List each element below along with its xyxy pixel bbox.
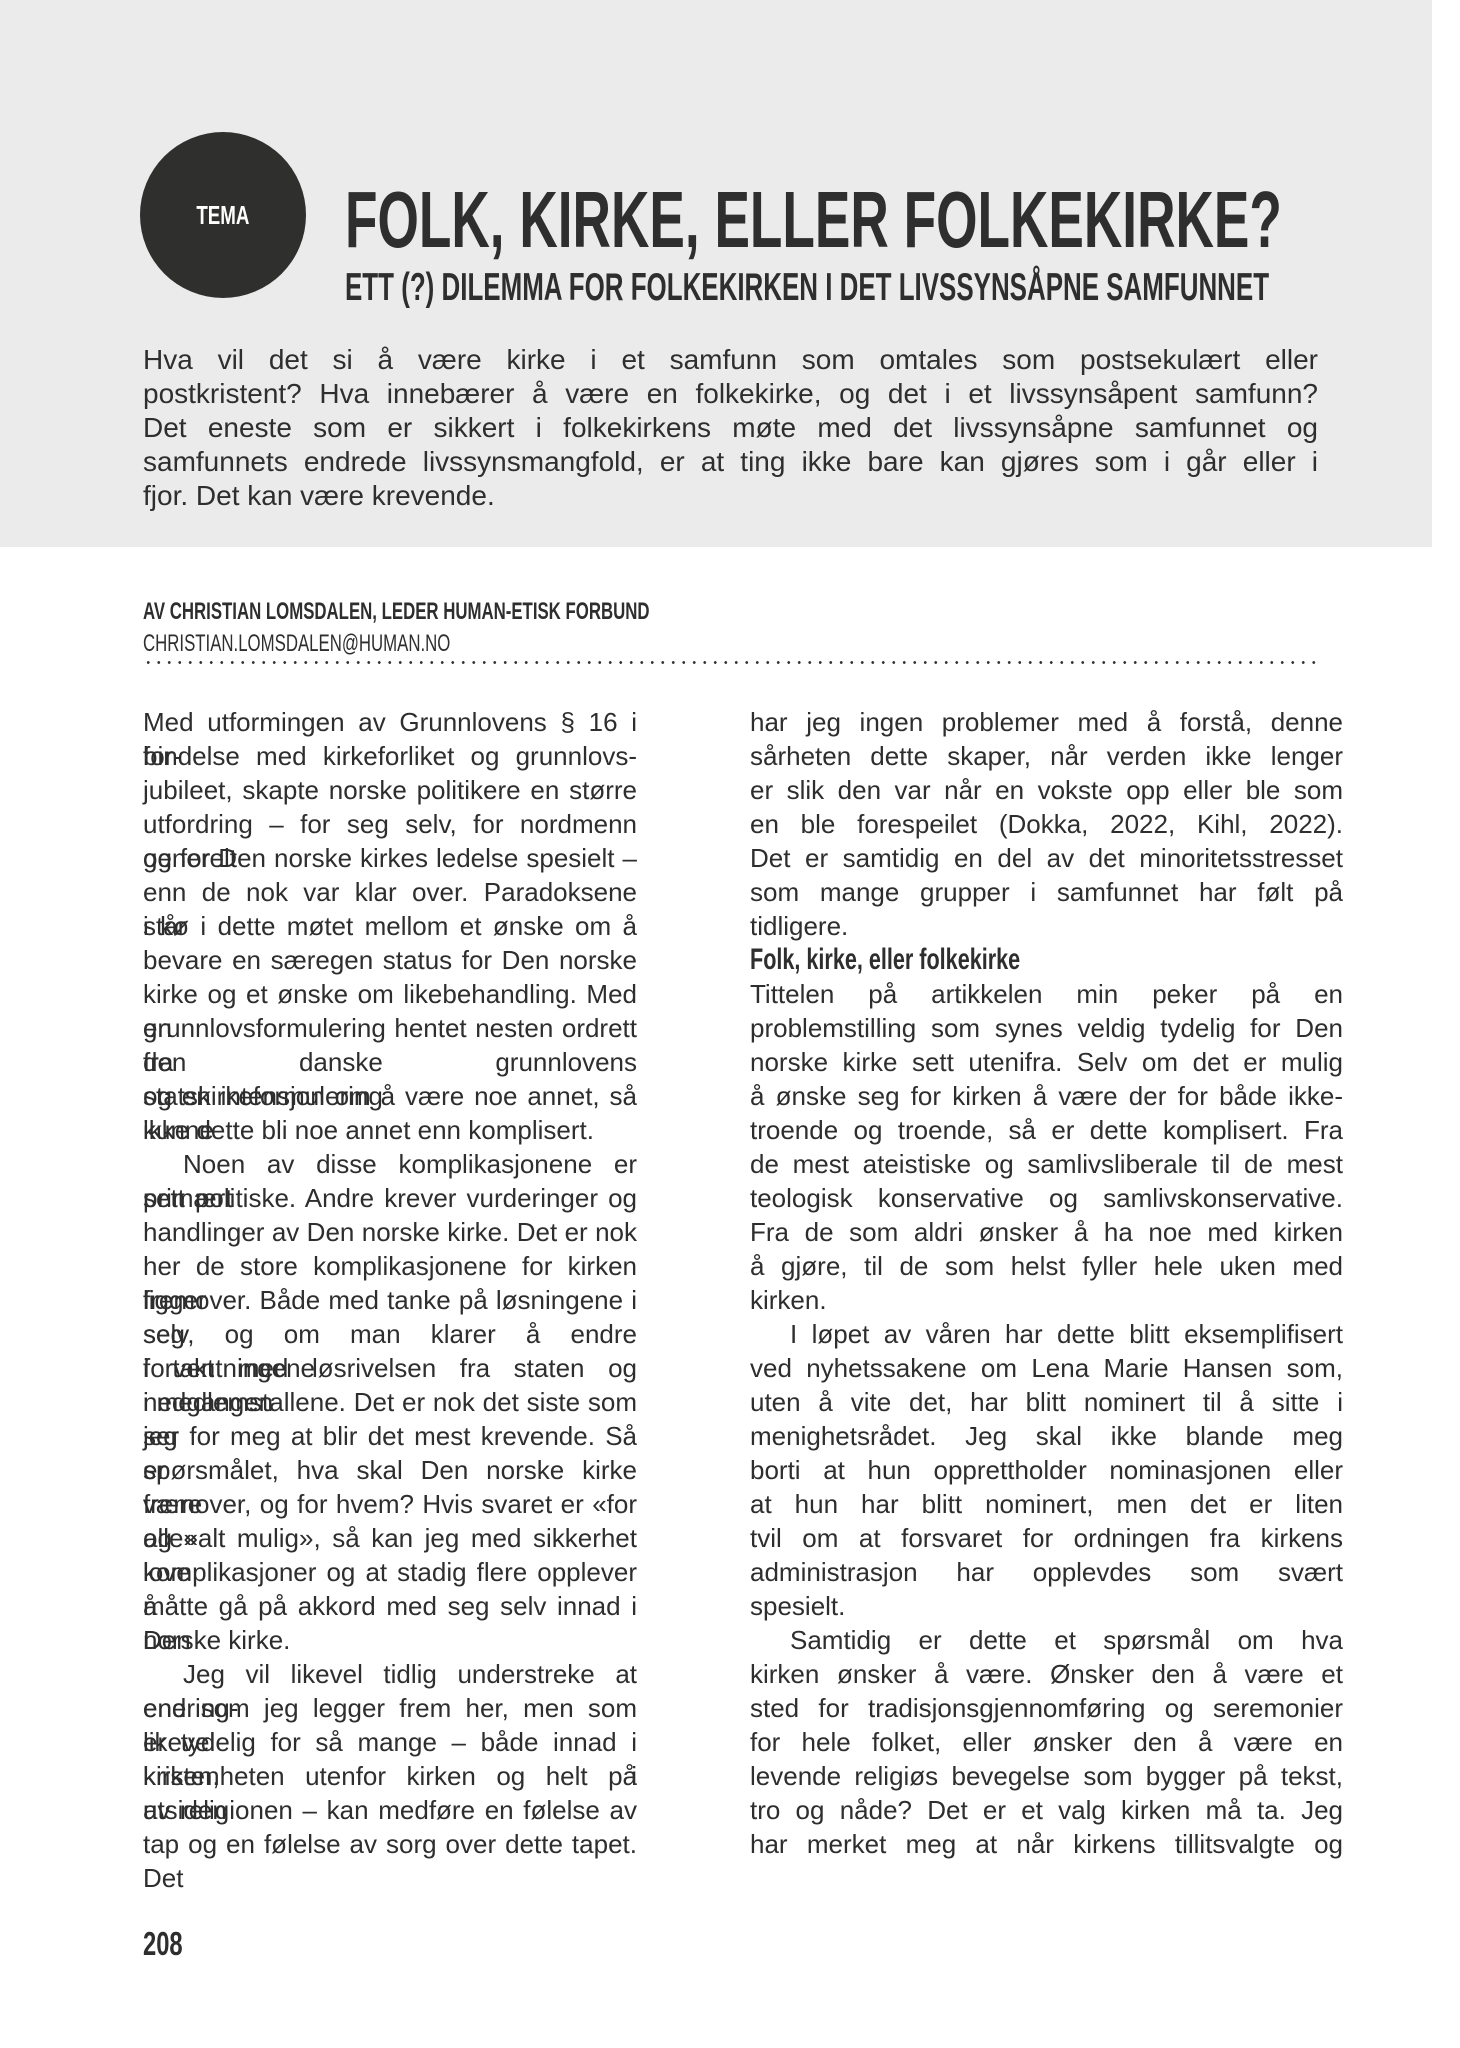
body-line: teologisk konservative og samlivskonserv… xyxy=(750,1181,1343,1215)
tema-badge: TEMA xyxy=(140,132,306,298)
body-line: sted for tradisjonsgjennomføring og sere… xyxy=(750,1691,1343,1725)
body-line: i takt med løsrivelsen fra staten og ned… xyxy=(143,1351,637,1385)
body-line: og en intensjon om å være noe annet, så … xyxy=(143,1079,637,1113)
tema-badge-label: TEMA xyxy=(196,200,249,231)
body-line: sett politiske. Andre krever vurderinger… xyxy=(143,1181,637,1215)
body-line: komplikasjoner og at stadig flere opplev… xyxy=(143,1555,637,1589)
body-line: spesielt. xyxy=(750,1589,1343,1623)
body-line: har jeg ingen problemer med å forstå, de… xyxy=(750,705,1343,739)
body-line: tro og nåde? Det er et valg kirken må ta… xyxy=(750,1793,1343,1827)
article-title: FOLK, KIRKE, ELLER FOLKEKIRKE? xyxy=(345,180,1282,260)
body-line: de mest ateistiske og samlivsliberale ti… xyxy=(750,1147,1343,1181)
body-line: bindelse med kirkeforliket og grunnlovs- xyxy=(143,739,637,773)
body-line: Jeg vil likevel tidlig understreke at en… xyxy=(143,1657,637,1691)
body-line: en ble forespeilet (Dokka, 2022, Kihl, 2… xyxy=(750,807,1343,841)
body-line: kristenheten utenfor kirken og helt på u… xyxy=(143,1759,637,1793)
page-number: 208 xyxy=(143,1927,183,1961)
body-line: problemstilling som synes veldig tydelig… xyxy=(750,1011,1343,1045)
author-byline: AV CHRISTIAN LOMSDALEN, LEDER HUMAN-ETIS… xyxy=(143,598,649,626)
body-line: utfordring – for seg selv, for nordmenn … xyxy=(143,807,637,841)
body-line: I løpet av våren har dette blitt eksempl… xyxy=(750,1317,1343,1351)
body-line: borti at hun opprettholder nominasjonen … xyxy=(750,1453,1343,1487)
intro-line: postkristent? Hva innebærer å være en fo… xyxy=(143,377,1318,411)
body-line: av religionen – kan medføre en følelse a… xyxy=(143,1793,637,1827)
body-line: ved nyhetssakene om Lena Marie Hansen so… xyxy=(750,1351,1343,1385)
right-column: har jeg ingen problemer med å forstå, de… xyxy=(750,705,1343,1861)
body-line: Fra de som aldri ønsker å ha noe med kir… xyxy=(750,1215,1343,1249)
body-line: kirken. xyxy=(750,1283,1343,1317)
body-line: å ønske seg for kirken å være der for bå… xyxy=(750,1079,1343,1113)
body-line: ene som jeg legger frem her, men som lik… xyxy=(143,1691,637,1725)
body-line: troende og troende, så er dette komplise… xyxy=(750,1113,1343,1147)
body-line: har merket meg at når kirkens tillitsval… xyxy=(750,1827,1343,1861)
body-line: og for Den norske kirkes ledelse spesiel… xyxy=(143,841,637,875)
body-line: ser for meg at blir det mest krevende. S… xyxy=(143,1419,637,1453)
body-line: handlinger av Den norske kirke. Det er n… xyxy=(143,1215,637,1249)
body-line: kirke og et ønske om likebehandling. Med… xyxy=(143,977,637,1011)
body-line: bevare en særegen status for Den norske xyxy=(143,943,637,977)
body-line: Det er samtidig en del av det minoritets… xyxy=(750,841,1343,875)
body-line: administrasjon har opplevdes som svært xyxy=(750,1555,1343,1589)
intro-line: samfunnets endrede livssynsmangfold, er … xyxy=(143,445,1318,479)
body-line: den danske grunnlovens statskirkeformule… xyxy=(143,1045,637,1079)
body-line: tap og en følelse av sorg over dette tap… xyxy=(143,1827,637,1861)
author-email[interactable]: CHRISTIAN.LOMSDALEN@HUMAN.NO xyxy=(143,630,450,658)
body-line: måtte gå på akkord med seg selv innad i … xyxy=(143,1589,637,1623)
body-line: Noen av disse komplikasjonene er primært xyxy=(143,1147,637,1181)
intro-line: Det eneste som er sikkert i folkekirkens… xyxy=(143,411,1318,445)
body-line: menighetsrådet. Jeg skal ikke blande meg xyxy=(750,1419,1343,1453)
body-line: levende religiøs bevegelse som bygger på… xyxy=(750,1759,1343,1793)
body-line: for hele folket, eller ønsker den å være… xyxy=(750,1725,1343,1759)
body-line: ikke dette bli noe annet enn komplisert. xyxy=(143,1113,637,1147)
body-line: Tittelen på artikkelen min peker på en xyxy=(750,977,1343,1011)
body-line: fremover, og for hvem? Hvis svaret er «f… xyxy=(143,1487,637,1521)
body-line: som mange grupper i samfunnet har følt p… xyxy=(750,875,1343,909)
intro-line: Hva vil det si å være kirke i et samfunn… xyxy=(143,343,1318,377)
body-line: grunnlovsformulering hentet nesten ordre… xyxy=(143,1011,637,1045)
body-line: er tydelig for så mange – både innad i k… xyxy=(143,1725,637,1759)
body-line: norske kirke. xyxy=(143,1623,637,1657)
intro-line: fjor. Det kan være krevende. xyxy=(143,479,1318,513)
body-line: kirken ønsker å være. Ønsker den å være … xyxy=(750,1657,1343,1691)
body-line: at hun har blitt nominert, men det er li… xyxy=(750,1487,1343,1521)
section-heading: Folk, kirke, eller folkekirke xyxy=(750,943,1177,977)
body-line: enn de nok var klar over. Paradoksene st… xyxy=(143,875,637,909)
body-line: Med utformingen av Grunnlovens § 16 i fo… xyxy=(143,705,637,739)
body-line: her de store komplikasjonene for kirken … xyxy=(143,1249,637,1283)
intro-paragraph: Hva vil det si å være kirke i et samfunn… xyxy=(143,343,1318,513)
body-line: selv, og om man klarer å endre forventni… xyxy=(143,1317,637,1351)
body-line: er slik den var når en vokste opp eller … xyxy=(750,773,1343,807)
body-line: norske kirke sett utenifra. Selv om det … xyxy=(750,1045,1343,1079)
body-line: uten å vite det, har blitt nominert til … xyxy=(750,1385,1343,1419)
body-line: jubileet, skapte norske politikere en st… xyxy=(143,773,637,807)
body-line: å gjøre, til de som helst fyller hele uk… xyxy=(750,1249,1343,1283)
body-line: og «alt mulig», så kan jeg med sikkerhet… xyxy=(143,1521,637,1555)
body-line: fremover. Både med tanke på løsningene i… xyxy=(143,1283,637,1317)
body-line: i medlemstallene. Det er nok det siste s… xyxy=(143,1385,637,1419)
body-line: tvil om at forsvaret for ordningen fra k… xyxy=(750,1521,1343,1555)
article-subtitle: ETT (?) DILEMMA FOR FOLKEKIRKEN I DET LI… xyxy=(345,268,1269,308)
body-line: tidligere. xyxy=(750,909,1343,943)
dotted-divider xyxy=(143,661,1318,664)
body-line: Samtidig er dette et spørsmål om hva xyxy=(750,1623,1343,1657)
left-column: Med utformingen av Grunnlovens § 16 i fo… xyxy=(143,705,637,1861)
body-line: i kø i dette møtet mellom et ønske om å xyxy=(143,909,637,943)
body-line: sårheten dette skaper, når verden ikke l… xyxy=(750,739,1343,773)
body-line: spørsmålet, hva skal Den norske kirke væ… xyxy=(143,1453,637,1487)
